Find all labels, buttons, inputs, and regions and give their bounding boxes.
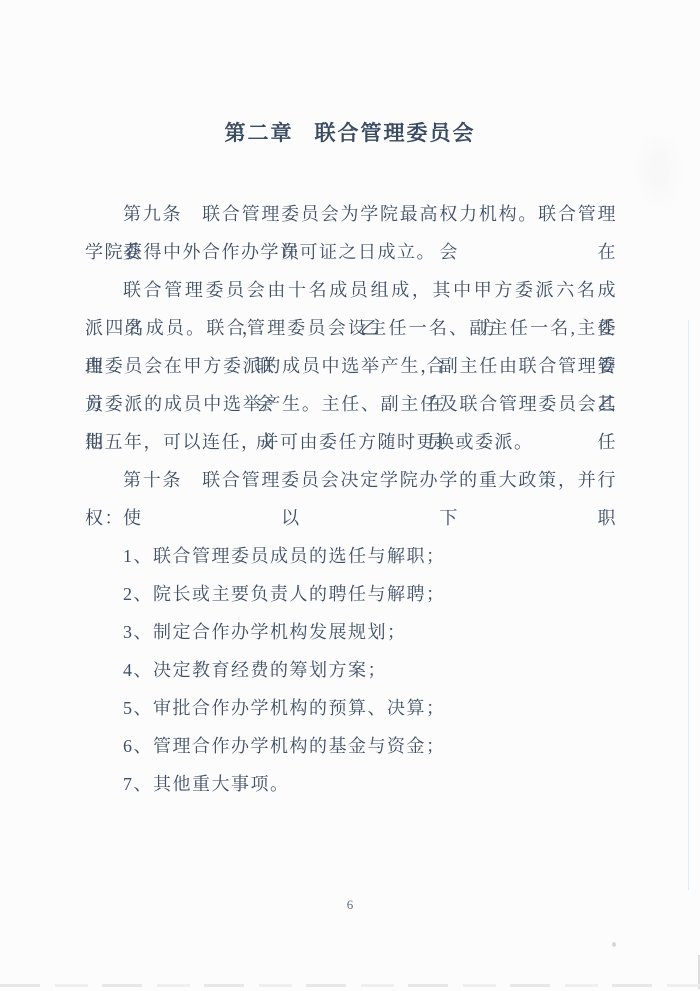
chapter-number: 第二章 xyxy=(225,118,294,148)
scan-bottom-edge-artifact xyxy=(0,984,700,987)
list-item: 1、联合管理委员成员的选任与解职； xyxy=(85,537,617,575)
paragraph-article-9: 第九条 联合管理委员会为学院最高权力机构。联合管理委员会在 学院获得中外合作办学… xyxy=(85,195,617,271)
scan-smudge-artifact xyxy=(645,140,673,200)
scan-right-edge-line xyxy=(688,320,689,890)
list-item: 4、决定教育经费的筹划方案； xyxy=(85,651,617,689)
list-item: 6、管理合作办学机构的基金与资金； xyxy=(85,727,617,765)
body-line: 联合管理委员会由十名成员组成，其中甲方委派六名成员，乙方委 xyxy=(85,271,617,309)
paragraph-committee-composition: 联合管理委员会由十名成员组成，其中甲方委派六名成员，乙方委 派四名成员。联合管理… xyxy=(85,271,617,461)
page-number: 6 xyxy=(0,897,700,913)
paragraph-article-10: 第十条 联合管理委员会决定学院办学的重大政策，并行使以下职 权： xyxy=(85,461,617,537)
list-item: 7、其他重大事项。 xyxy=(85,765,617,803)
scan-speck-artifact xyxy=(612,942,616,947)
list-item: 5、审批合作办学机构的预算、决算； xyxy=(85,689,617,727)
powers-list: 1、联合管理委员成员的选任与解职； 2、院长或主要负责人的聘任与解聘； 3、制定… xyxy=(85,537,617,803)
body-line: 理委员会在甲方委派的成员中选举产生，副主任由联合管理委员会在乙 xyxy=(85,347,617,385)
list-item: 3、制定合作办学机构发展规划； xyxy=(85,613,617,651)
list-item: 2、院长或主要负责人的聘任与解聘； xyxy=(85,575,617,613)
body-line: 方委派的成员中选举产生。主任、副主任及联合管理委员会其他成员任 xyxy=(85,385,617,423)
body-line: 第九条 联合管理委员会为学院最高权力机构。联合管理委员会在 xyxy=(85,195,617,233)
document-page: 第二章 联合管理委员会 第九条 联合管理委员会为学院最高权力机构。联合管理委员会… xyxy=(0,0,700,991)
chapter-heading: 第二章 联合管理委员会 xyxy=(0,0,700,148)
document-body: 第九条 联合管理委员会为学院最高权力机构。联合管理委员会在 学院获得中外合作办学… xyxy=(85,195,617,803)
body-line: 第十条 联合管理委员会决定学院办学的重大政策，并行使以下职 xyxy=(85,461,617,499)
chapter-title: 联合管理委员会 xyxy=(315,118,476,148)
body-line: 派四名成员。联合管理委员会设主任一名、副主任一名,主任由联合管 xyxy=(85,309,617,347)
